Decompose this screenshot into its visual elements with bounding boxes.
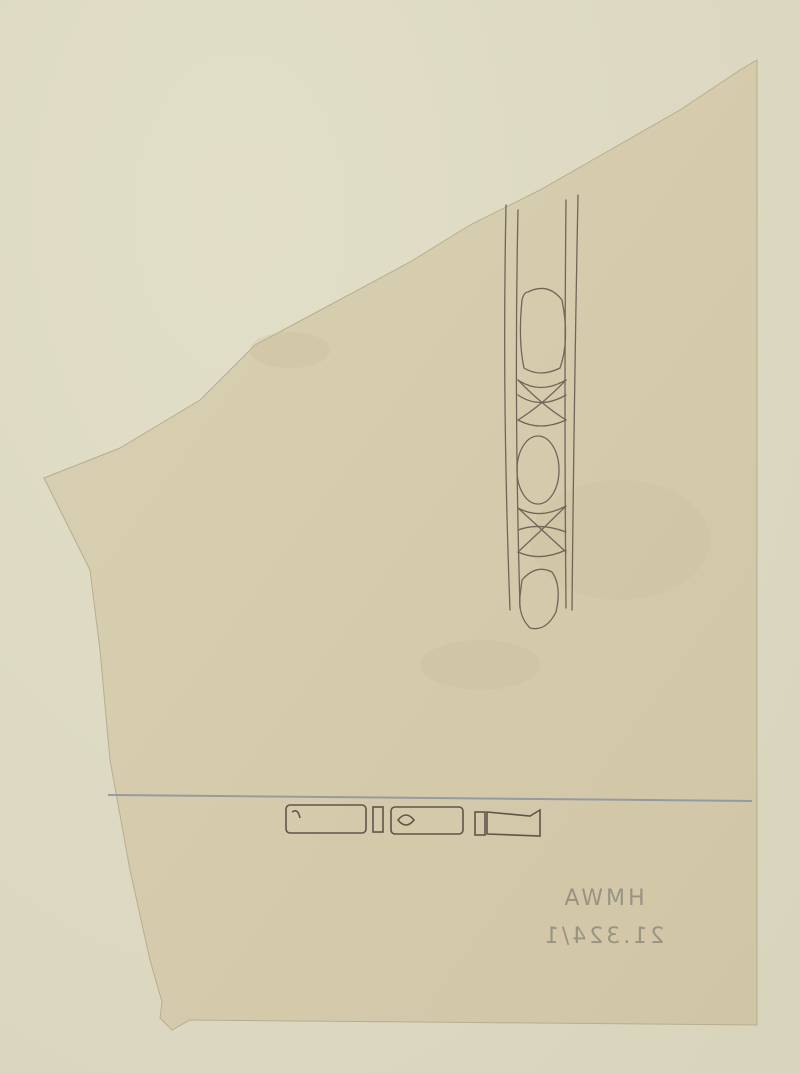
mirrored-annotation: HMWA 21.324/1 (528, 880, 678, 956)
annotation-line-2: 21.324/1 (528, 918, 678, 956)
annotation-line-1: HMWA (528, 880, 678, 918)
sketch-canvas (0, 0, 800, 1073)
artwork-stage: HMWA 21.324/1 (0, 0, 800, 1073)
